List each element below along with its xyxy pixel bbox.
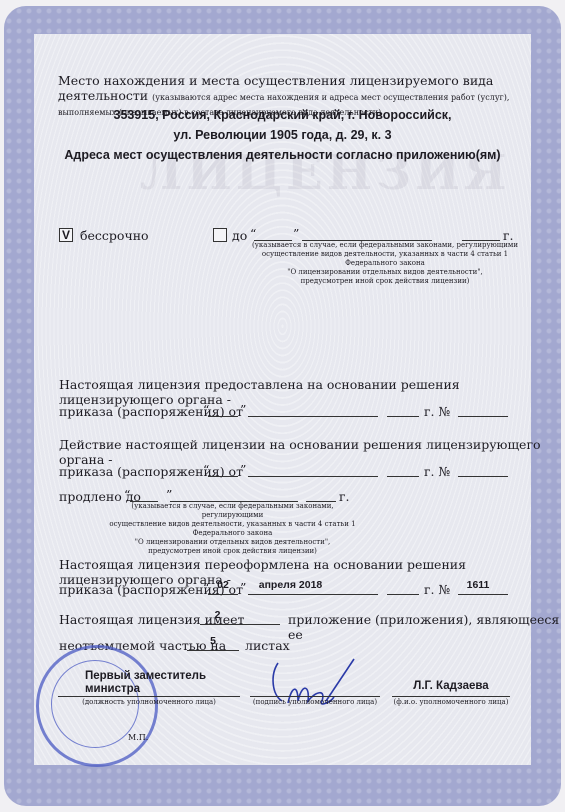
extended-text: Действие настоящей лицензии на основании…	[59, 437, 565, 467]
extended-month-field[interactable]	[248, 476, 378, 477]
sheets-text-after: листах	[245, 638, 290, 653]
indefinite-checkbox[interactable]: V	[59, 228, 73, 242]
granted-number-field[interactable]	[458, 416, 508, 417]
position-line	[58, 696, 240, 697]
address-line-1: 353915, Россия, Краснодарский край, г. Н…	[40, 108, 525, 122]
granted-year-no: г. №	[424, 404, 450, 419]
reissued-month-year: апреля 2018	[248, 579, 333, 591]
signature-caption: (подпись уполномоченного лица)	[250, 698, 380, 707]
quote-open: “	[124, 487, 130, 502]
reissued-month-field[interactable]	[248, 594, 378, 595]
address-line-3: Адреса мест осуществления деятельности с…	[40, 148, 525, 162]
term-note: (указывается в случае, если федеральными…	[235, 241, 535, 286]
quote-close: ”	[240, 580, 246, 595]
sheets-count: 5	[187, 635, 239, 647]
appendix-text-after: приложение (приложения), являющееся ее	[288, 612, 565, 642]
quote-open: “	[203, 462, 209, 477]
quote-open: “	[203, 402, 209, 417]
sheets-count-field[interactable]	[187, 650, 239, 651]
granted-year-field[interactable]	[387, 416, 419, 417]
signature-line	[250, 696, 380, 697]
extended-year-no: г. №	[424, 464, 450, 479]
appendix-count: 2	[200, 609, 235, 621]
quote-close: ”	[166, 487, 172, 502]
reissued-number: 1611	[458, 579, 498, 591]
granted-text: Настоящая лицензия предоставлена на осно…	[59, 377, 565, 407]
reissued-year-field[interactable]	[387, 594, 419, 595]
signatory-name: Л.Г. Кадзаева	[392, 680, 510, 692]
seal-label: М.П.	[128, 733, 148, 742]
indefinite-label: бессрочно	[80, 228, 149, 243]
reissued-number-field[interactable]	[458, 594, 508, 595]
extended-day-field[interactable]	[208, 476, 238, 477]
address-line-2: ул. Революции 1905 года, д. 29, к. 3	[40, 128, 525, 142]
position-caption: (должность уполномоченного лица)	[58, 698, 240, 707]
appendix-count-field[interactable]	[200, 624, 280, 625]
extended-note: (указывается в случае, если федеральными…	[100, 502, 365, 556]
granted-day-field[interactable]	[208, 416, 238, 417]
signatory-position: Первый заместительминистра	[85, 670, 206, 696]
quote-close: ”	[240, 462, 246, 477]
reissued-day-field[interactable]	[208, 594, 238, 595]
reissued-year-no: г. №	[424, 582, 450, 597]
until-checkbox[interactable]	[213, 228, 227, 242]
quote-close: ”	[293, 226, 299, 241]
extended-year-field[interactable]	[387, 476, 419, 477]
name-caption: (ф.и.о. уполномоченного лица)	[392, 698, 510, 707]
name-line	[392, 696, 510, 697]
quote-open: “	[250, 226, 256, 241]
granted-month-field[interactable]	[248, 416, 378, 417]
reissued-day: 02	[208, 579, 238, 591]
quote-close: ”	[240, 402, 246, 417]
extended-number-field[interactable]	[458, 476, 508, 477]
